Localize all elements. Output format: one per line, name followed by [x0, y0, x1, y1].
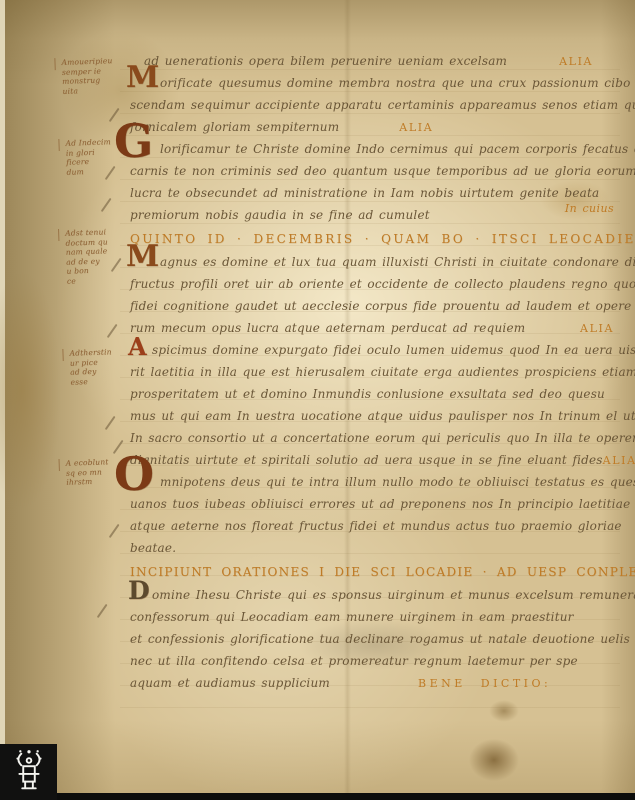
rubric-line: QUINTO ID · DECEMBRIS · QUAM BO · ITSCI …	[130, 228, 614, 250]
line-text: QUINTO ID · DECEMBRIS · QUAM BO · ITSCI …	[130, 228, 635, 250]
line-text: atque aeterne nos floreat fructus fidei …	[130, 515, 622, 537]
line-text: In sacro consortio ut a concertatione eo…	[130, 427, 635, 449]
line-text: omine Ihesu Christe qui es sponsus uirgi…	[152, 584, 635, 606]
margin-annotation-line: A ecoblunt	[66, 457, 109, 468]
margin-annotation-line: Adtherstin	[69, 347, 111, 358]
line-text: mus ut qui eam In uestra uocatione atque…	[130, 405, 635, 427]
text-line: fornicalem gloriam sempiternumALIA	[130, 116, 614, 138]
lamp-monogram-icon	[9, 747, 49, 797]
text-line: fidei cognitione gaudet ut aecclesie cor…	[130, 295, 614, 317]
text-line: fructus profili oret uir ab oriente et o…	[130, 273, 614, 295]
margin-annotation: Amoueripieusemper iemonstruguita	[61, 56, 113, 96]
margin-annotation-line: Ad Indecim	[65, 137, 111, 148]
line-text: lorificamur te Christe domine Indo cerni…	[160, 138, 635, 160]
margin-annotation-line: Amoueripieu	[61, 56, 112, 67]
illuminated-initial: D	[128, 580, 150, 602]
text-line: et confessionis glorificatione tua decli…	[130, 628, 614, 650]
margin-annotation: Adtherstinur picead deyesse	[69, 347, 112, 386]
text-line: nec ut illa confitendo celsa et promerea…	[130, 650, 614, 672]
margin-annotation: Ad Indecimin glorificeredum	[65, 137, 112, 177]
text-line: Aspicimus domine expurgato fidei oculo l…	[130, 339, 614, 361]
text-line: Omnipotens deus qui te intra illum nullo…	[130, 471, 614, 493]
line-text: spicimus domine expurgato fidei oculo lu…	[152, 339, 635, 361]
line-text: INCIPIUNT ORATIONES I DIE SCI LOCADIE · …	[130, 561, 635, 583]
line-text: ad uenerationis opera bilem peruenire ue…	[144, 50, 507, 72]
illuminated-initial: A	[128, 336, 147, 358]
line-text: carnis te non criminis sed deo quantum u…	[130, 160, 635, 182]
rubric-marker: ALIA	[580, 318, 614, 340]
margin-annotation: A ecobluntsq eo mnihrstm	[66, 457, 110, 487]
text-line: rum mecum opus lucra atque aeternam perd…	[130, 317, 614, 339]
text-line: In sacro consortio ut a concertatione eo…	[130, 427, 614, 449]
line-text: premiorum nobis gaudia in se fine ad cum…	[130, 204, 430, 226]
page-edge	[0, 0, 5, 800]
text-line: beatae.	[130, 537, 614, 559]
line-text: fructus profili oret uir ab oriente et o…	[130, 273, 635, 295]
text-line: premiorum nobis gaudia in se fine ad cum…	[130, 204, 614, 226]
text-line: uanos tuos iubeas obliuisci errores ut a…	[130, 493, 614, 515]
line-text: prosperitatem ut et domino Inmundis conl…	[130, 383, 605, 405]
line-text: mnipotens deus qui te intra illum nullo …	[160, 471, 635, 493]
line-text: orificate quesumus domine membra nostra …	[160, 72, 635, 94]
rubric-marker: ALIA	[603, 450, 635, 472]
illuminated-initial: O	[114, 463, 154, 485]
text-line: aquam et audiamus suppliciumBENE DICTIO:	[130, 672, 614, 694]
line-text: confessorum qui Leocadiam eam munere uir…	[130, 606, 574, 628]
margin-annotation-line: ce	[67, 275, 110, 286]
text-line: mus ut qui eam In uestra uocatione atque…	[130, 405, 614, 427]
rubric-marker: ALIA	[559, 51, 593, 73]
line-text: scendam sequimur accipiente apparatu cer…	[130, 94, 635, 116]
rubric-marker: BENE DICTIO:	[418, 673, 551, 695]
line-text: rum mecum opus lucra atque aeternam perd…	[130, 317, 525, 339]
text-line: rit laetitia in illa que est hierusalem …	[130, 361, 614, 383]
rubric-marker: ALIA	[399, 117, 433, 139]
collection-logo	[0, 744, 57, 800]
text-line: prosperitatem ut et domino Inmundis conl…	[130, 383, 614, 405]
line-text: nec ut illa confitendo celsa et promerea…	[130, 650, 578, 672]
line-text: fornicalem gloriam sempiternum	[130, 116, 339, 138]
line-text: dignitatis uirtute et spiritali solutio …	[130, 449, 603, 471]
rubric-marker: In cuius	[565, 198, 614, 220]
rubric-line: INCIPIUNT ORATIONES I DIE SCI LOCADIE · …	[130, 561, 614, 583]
line-text: fidei cognitione gaudet ut aecclesie cor…	[130, 295, 635, 317]
manuscript-photo: ad uenerationis opera bilem peruenire ue…	[0, 0, 635, 800]
margin-annotation-line: dum	[66, 166, 112, 177]
text-column: ad uenerationis opera bilem peruenire ue…	[130, 50, 614, 694]
text-line: Glorificamur te Christe domine Indo cern…	[130, 138, 614, 160]
text-line: Magnus es domine et lux tua quam illuxis…	[130, 251, 614, 273]
line-text: beatae.	[130, 537, 176, 559]
line-text: aquam et audiamus supplicium	[130, 672, 330, 694]
margin-annotation-line: nam quale	[66, 246, 109, 257]
text-line: scendam sequimur accipiente apparatu cer…	[130, 94, 614, 116]
illuminated-initial: M	[126, 246, 159, 268]
text-line: atque aeterne nos floreat fructus fidei …	[130, 515, 614, 537]
illuminated-initial: M	[126, 67, 159, 89]
line-text: et confessionis glorificatione tua decli…	[130, 628, 630, 650]
text-line: Domine Ihesu Christe qui es sponsus uirg…	[130, 584, 614, 606]
line-text: uanos tuos iubeas obliuisci errores ut a…	[130, 493, 630, 515]
margin-annotation-line: uita	[62, 85, 113, 96]
illuminated-initial: G	[114, 130, 153, 152]
line-text: rit laetitia in illa que est hierusalem …	[130, 361, 635, 383]
line-text: lucra te obsecundet ad ministratione in …	[130, 182, 599, 204]
margin-annotation-line: esse	[70, 376, 112, 387]
text-line: ad uenerationis opera bilem peruenire ue…	[130, 50, 614, 72]
margin-annotation-line: ihrstm	[66, 476, 109, 487]
photo-frame-edge	[0, 793, 635, 800]
text-line: lucra te obsecundet ad ministratione in …	[130, 182, 614, 204]
margin-annotation: Adst tenuidoctum qunam qualead de eyu bo…	[65, 227, 109, 285]
text-line: dignitatis uirtute et spiritali solutio …	[130, 449, 614, 471]
line-text: agnus es domine et lux tua quam illuxist…	[160, 251, 635, 273]
text-line: carnis te non criminis sed deo quantum u…	[130, 160, 614, 182]
text-line: confessorum qui Leocadiam eam munere uir…	[130, 606, 614, 628]
text-line: Morificate quesumus domine membra nostra…	[130, 72, 614, 94]
